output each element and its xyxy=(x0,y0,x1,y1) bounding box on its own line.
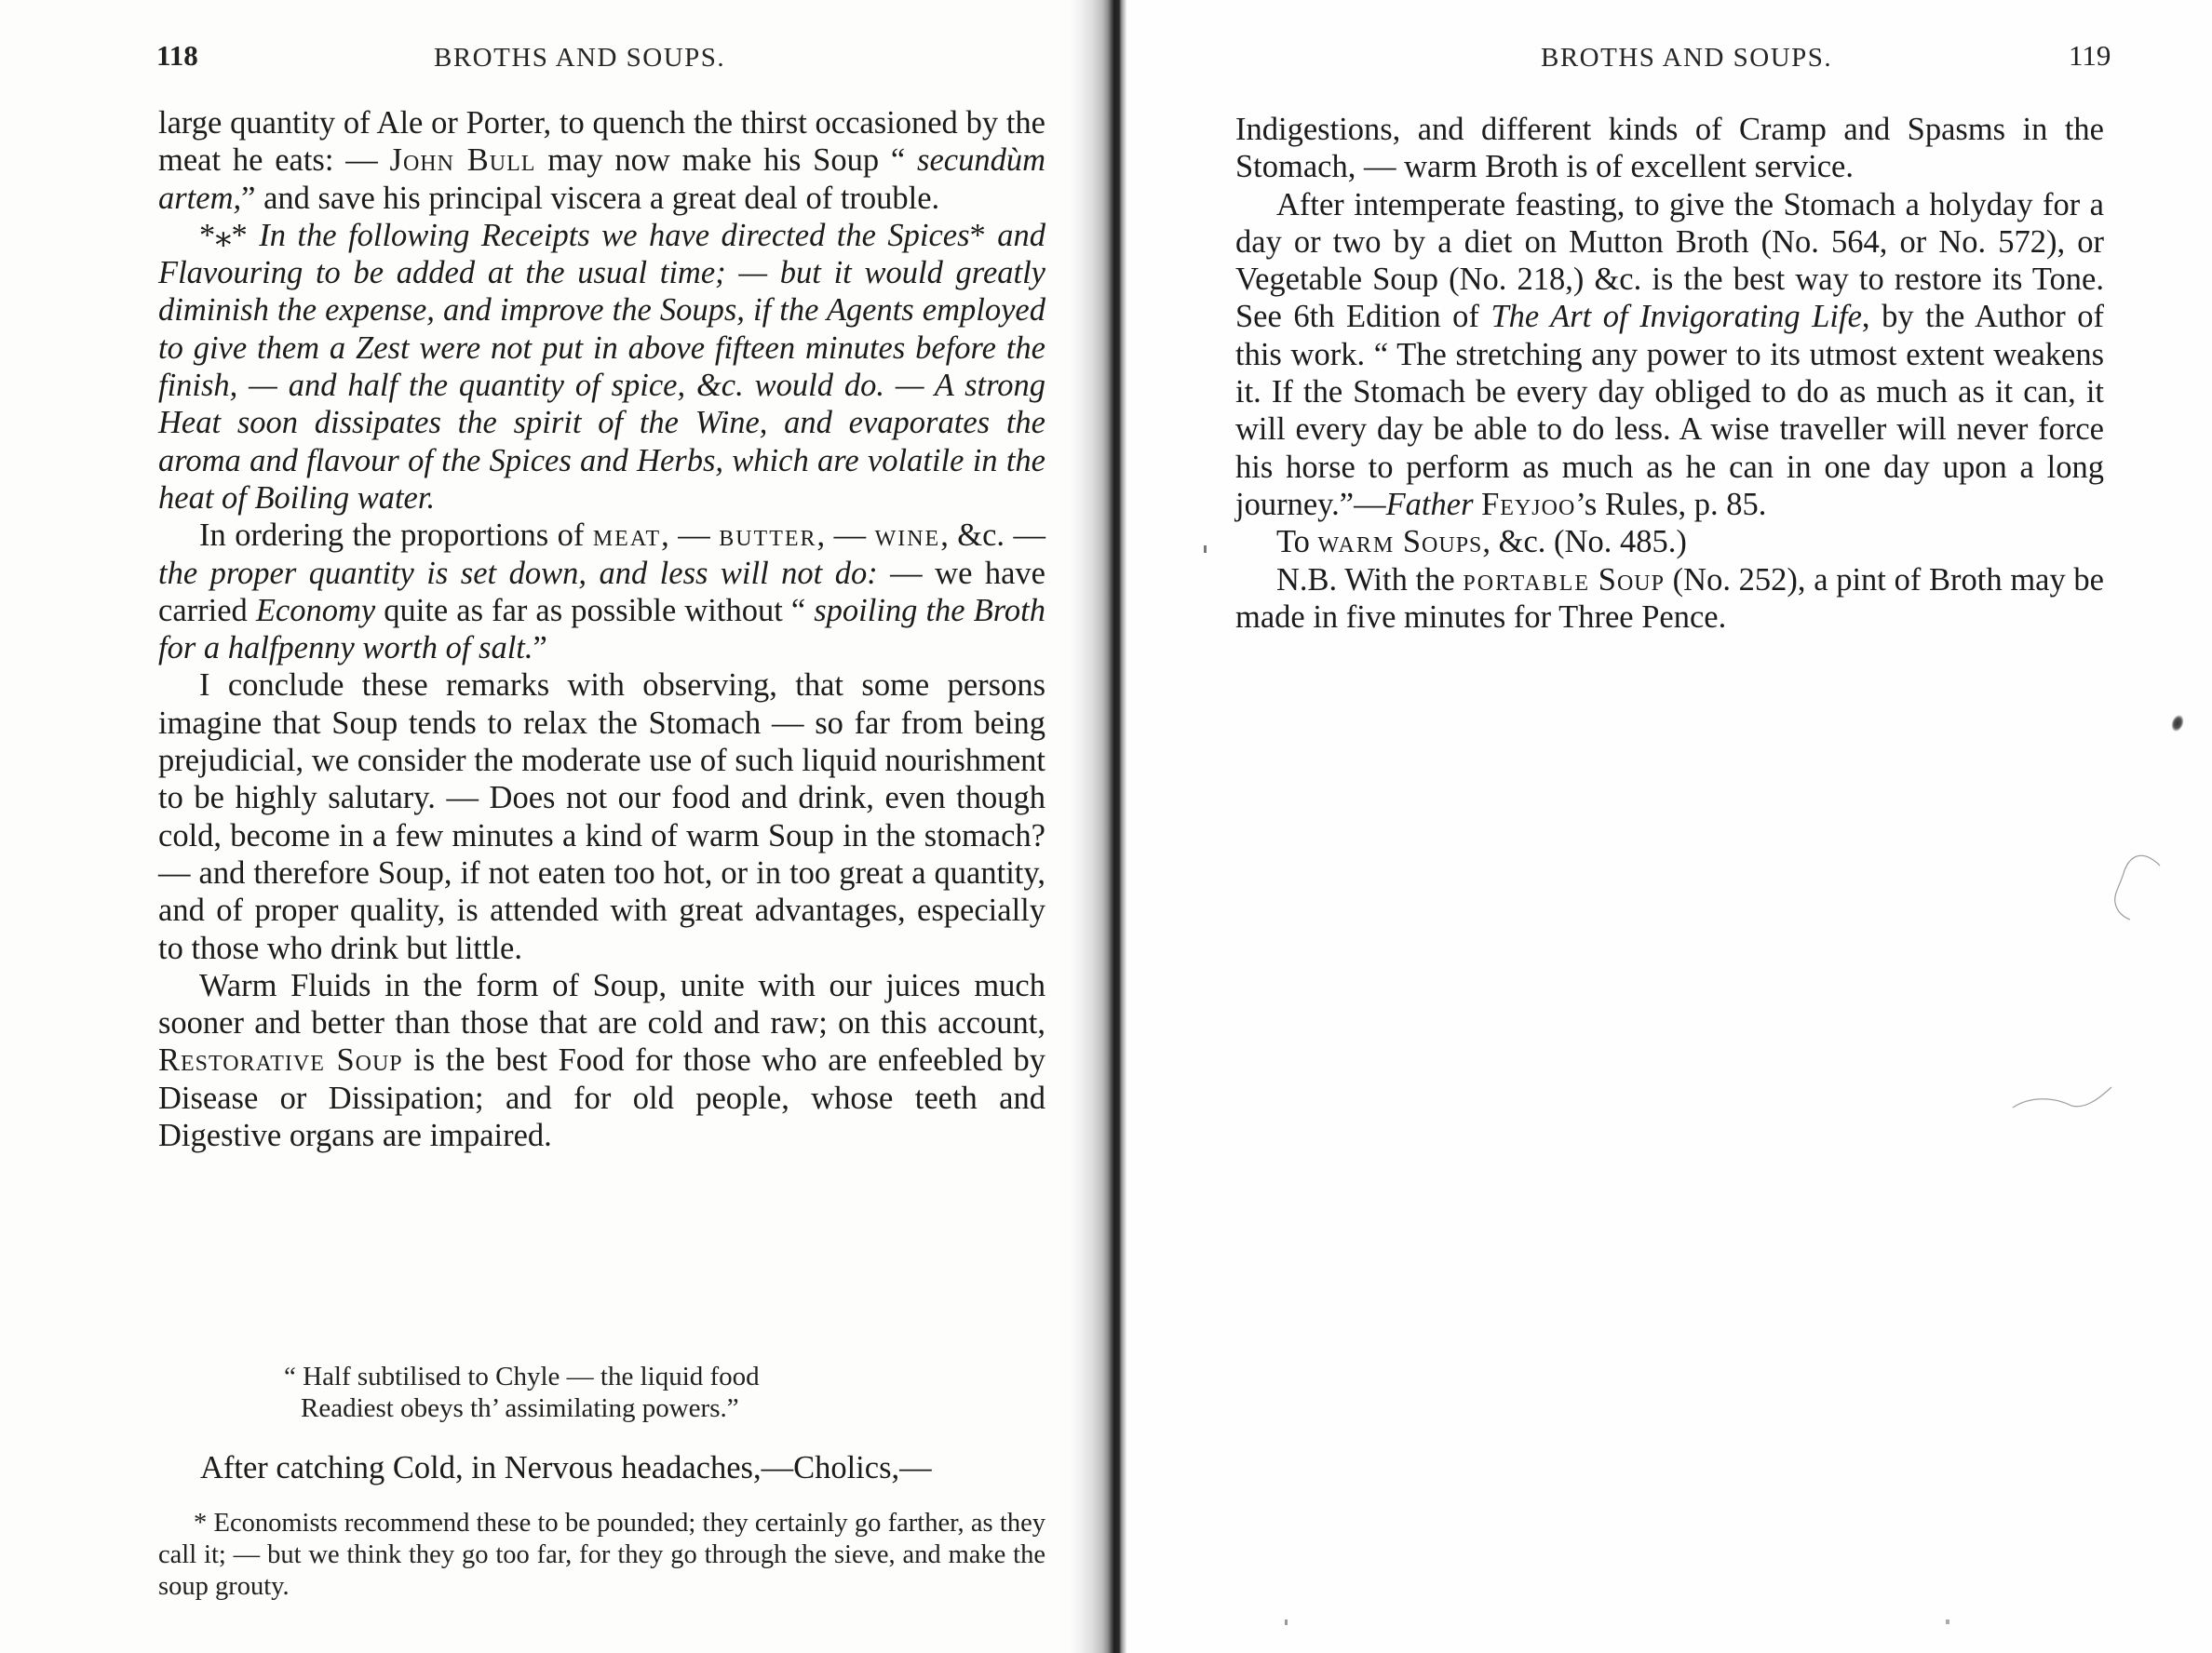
text-run: , &c. — xyxy=(940,517,1045,553)
paragraph: large quantity of Ale or Porter, to quen… xyxy=(158,104,1045,217)
margin-tick-mark xyxy=(1204,545,1207,553)
text-run: The Art of Invigorating Life xyxy=(1490,299,1861,334)
paragraph: I conclude these remarks with observing,… xyxy=(158,666,1045,966)
left-page: 118 BROTHS AND SOUPS. large quantity of … xyxy=(0,0,1099,1653)
running-head-right: BROTHS AND SOUPS. xyxy=(1541,41,1832,74)
paragraph: N.B. With the portable Soup (No. 252), a… xyxy=(1235,561,2104,637)
scan-speck xyxy=(1285,1619,1288,1625)
paragraph: After intemperate feasting, to give the … xyxy=(1235,186,2104,524)
right-page: BROTHS AND SOUPS. 119 Indigestions, and … xyxy=(1126,0,2212,1653)
continuation-line: After catching Cold, in Nervous headache… xyxy=(200,1449,932,1486)
paragraph: Indigestions, and different kinds of Cra… xyxy=(1235,111,2104,186)
book-spread: 118 BROTHS AND SOUPS. large quantity of … xyxy=(0,0,2212,1653)
text-run: , — xyxy=(817,517,875,553)
verse-line-1: “ Half subtilised to Chyle — the liquid … xyxy=(284,1361,760,1392)
text-run: Indigestions, and different kinds of Cra… xyxy=(1235,112,2104,184)
footnote-text: * Economists recommend these to be pound… xyxy=(158,1508,1045,1603)
text-run: ” and save his principal vis­cera a grea… xyxy=(241,181,939,216)
page-number-left: 118 xyxy=(156,39,198,73)
text-run xyxy=(1474,487,1482,522)
text-run: ’s Rules, p. 85. xyxy=(1575,487,1766,522)
text-run: , — xyxy=(661,517,719,553)
text-run: may now make his Soup “ xyxy=(535,142,917,178)
text-run: Warm Fluids in the form of Soup, unite w… xyxy=(158,968,1045,1041)
text-run xyxy=(1590,562,1598,598)
text-run: Soups xyxy=(1403,524,1483,559)
text-run: In ordering the proportions of xyxy=(199,517,593,553)
right-page-body: Indigestions, and different kinds of Cra… xyxy=(1235,111,2104,636)
text-run: Feyjoo xyxy=(1481,487,1575,522)
paragraph: To warm Soups, &c. (No. 485.) xyxy=(1235,523,2104,560)
text-run: wine xyxy=(875,517,941,553)
pencil-scribble-mark xyxy=(2095,847,2169,940)
text-run: meat xyxy=(593,517,661,553)
text-run: In the following Receipts we have direct… xyxy=(259,218,969,253)
text-run: ” xyxy=(533,630,547,665)
text-run: Father xyxy=(1386,487,1474,522)
text-run: Soup xyxy=(1598,562,1665,598)
text-run: quite as far as possible without “ xyxy=(375,593,814,628)
running-head-left: BROTHS AND SOUPS. xyxy=(434,41,725,74)
footnote: * Economists recommend these to be pound… xyxy=(158,1508,1045,1603)
verse-line-2: Readiest obeys th’ assimilating powers.” xyxy=(284,1392,760,1424)
paragraph: *⁎* In the following Receipts we have di… xyxy=(158,217,1045,517)
text-run: John Bull xyxy=(390,142,536,178)
text-run: butter xyxy=(719,517,816,553)
scan-speck xyxy=(1946,1619,1949,1624)
text-run: * xyxy=(970,218,986,253)
text-run: Restorative Soup xyxy=(158,1042,403,1078)
text-run: *⁎* xyxy=(199,218,259,253)
paragraph: In ordering the proportions of meat, — b… xyxy=(158,517,1045,666)
paragraph: Warm Fluids in the form of Soup, unite w… xyxy=(158,967,1045,1154)
text-run: warm xyxy=(1318,524,1396,559)
pencil-curve-mark xyxy=(2011,1080,2113,1117)
text-run: N.B. With the xyxy=(1276,562,1463,598)
page-number-right: 119 xyxy=(2069,39,2111,73)
text-run: Economy xyxy=(256,593,375,628)
text-run: To xyxy=(1276,524,1318,559)
text-run: portable xyxy=(1463,562,1590,598)
text-run: the proper quantity is set down, and les… xyxy=(158,556,878,591)
verse-quotation: “ Half subtilised to Chyle — the liquid … xyxy=(284,1361,760,1424)
text-run xyxy=(1395,524,1403,559)
text-run: and Flavouring to be added at the usual … xyxy=(158,218,1045,516)
text-run: , &c. (No. 485.) xyxy=(1482,524,1686,559)
left-page-body: large quantity of Ale or Porter, to quen… xyxy=(158,104,1045,1154)
text-run: I conclude these remarks with observing,… xyxy=(158,667,1045,965)
